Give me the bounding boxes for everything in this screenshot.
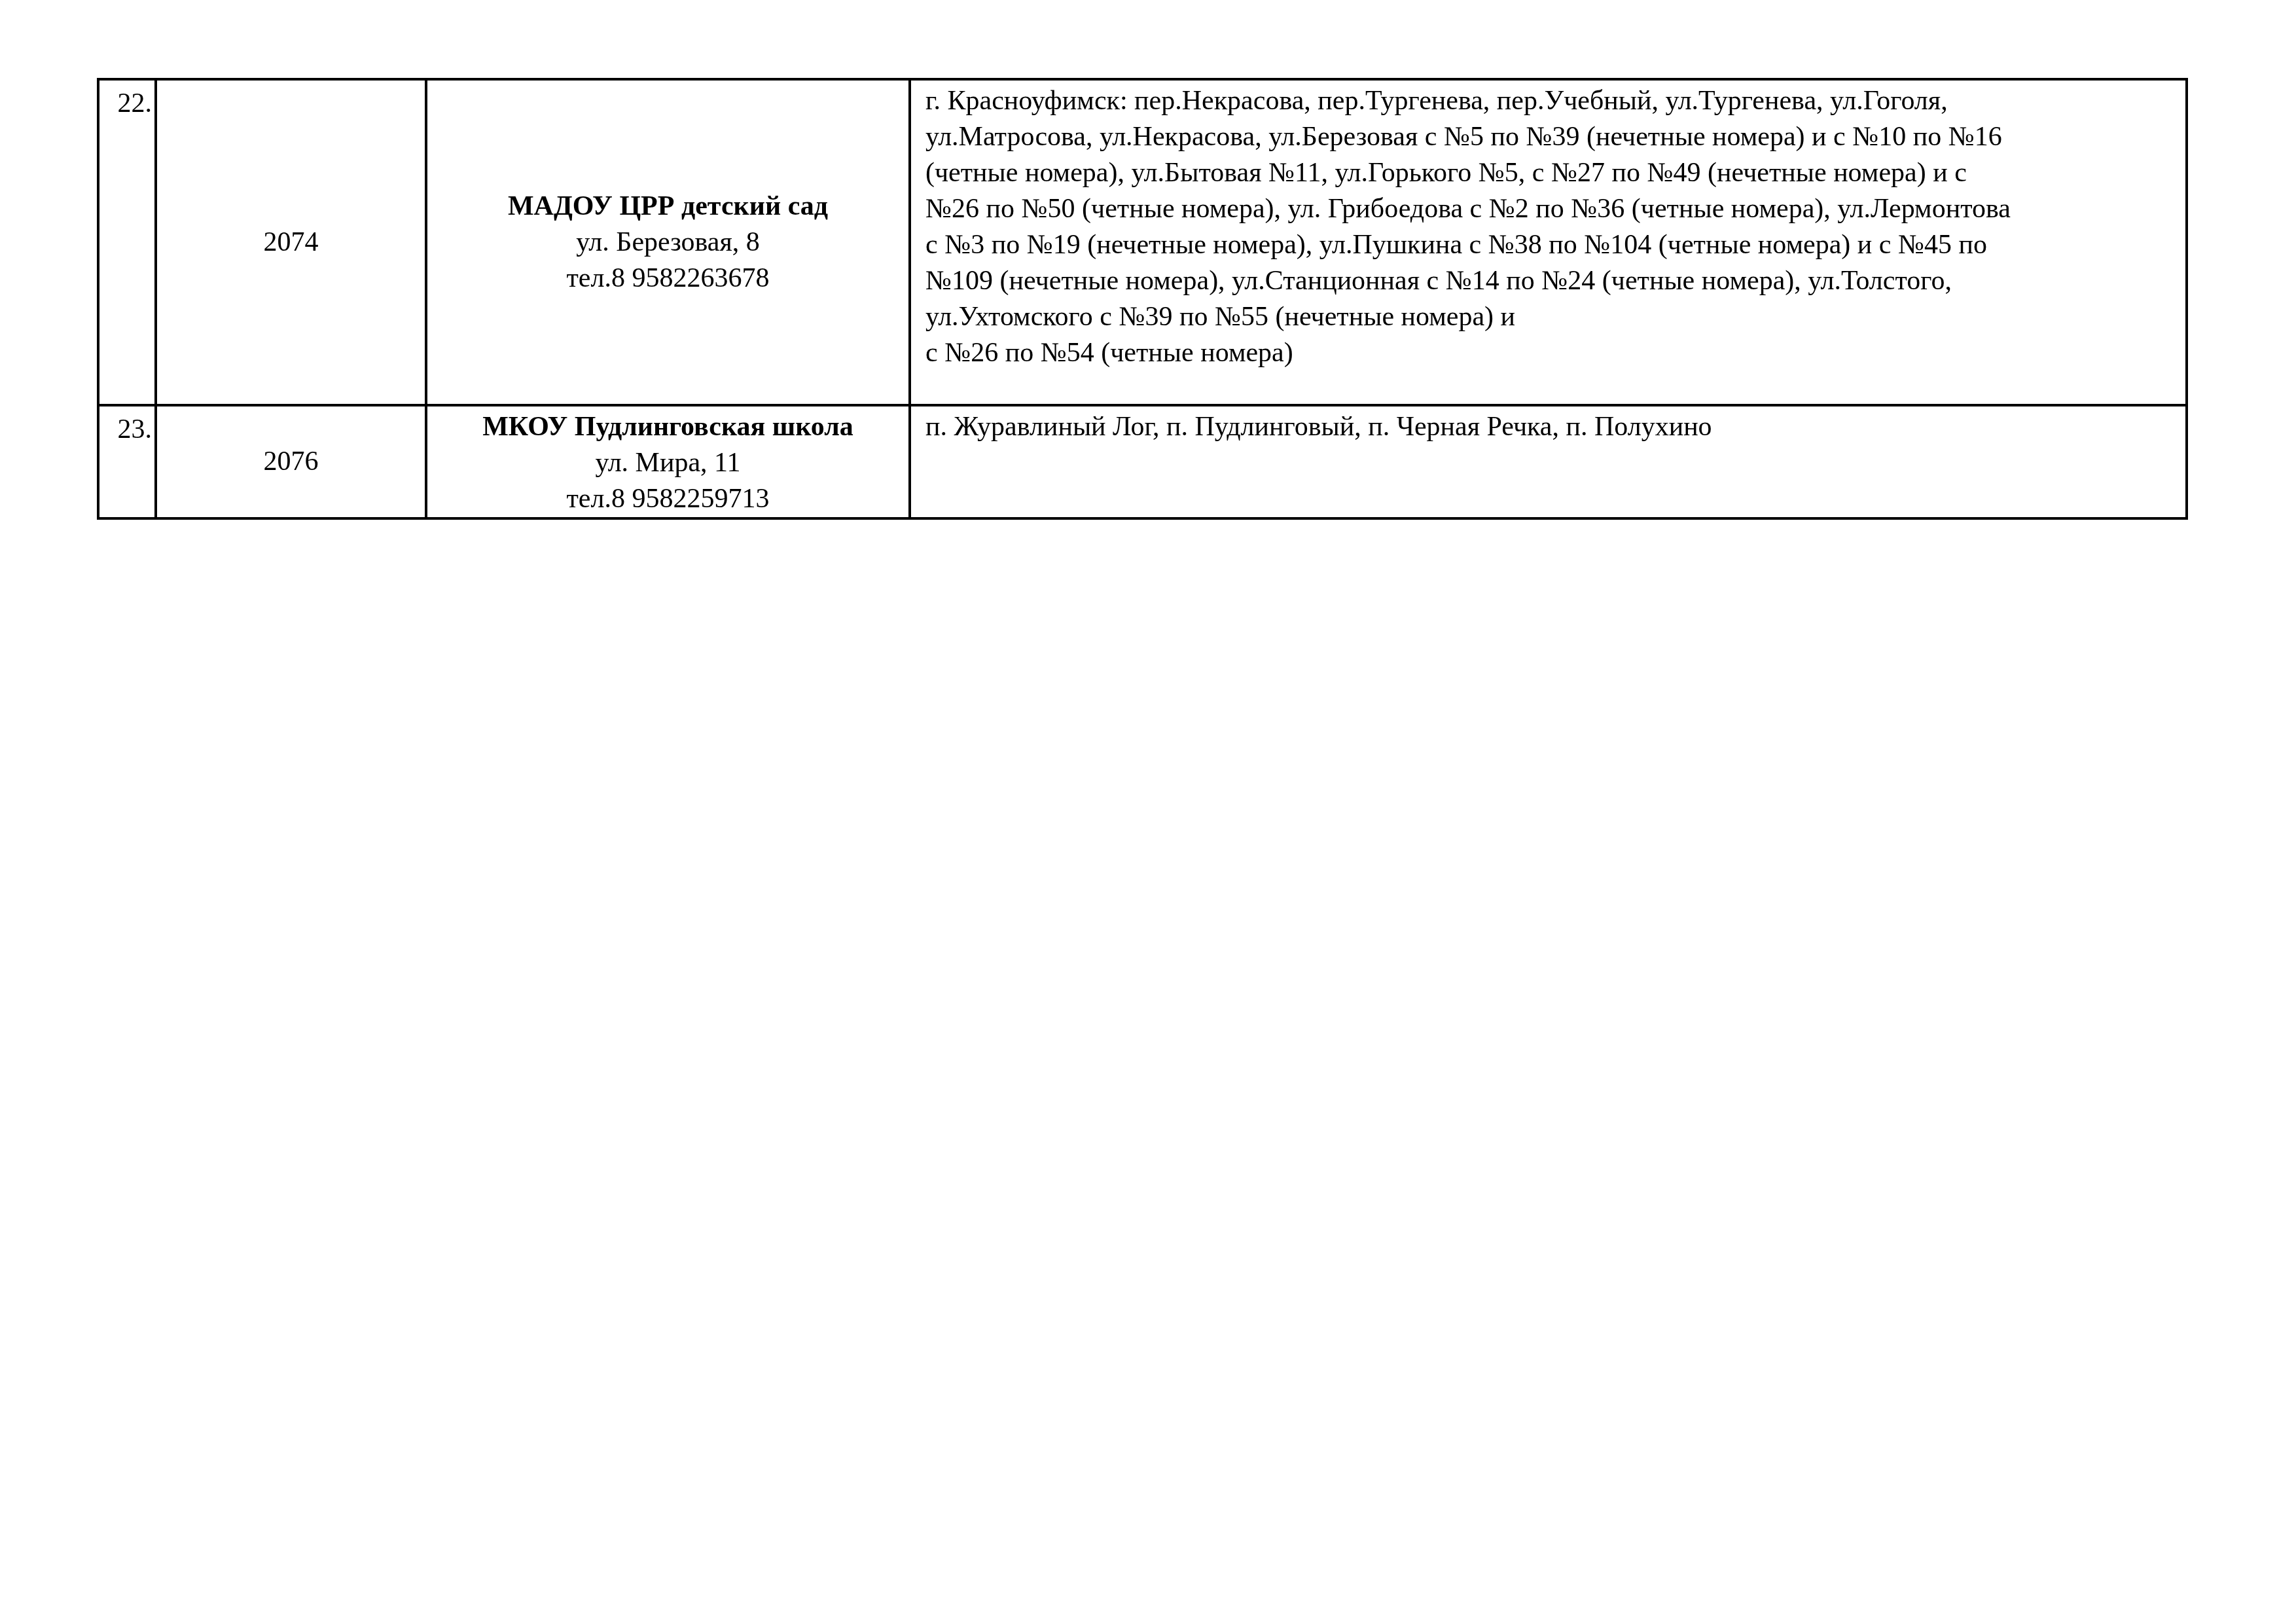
territory-line: ул.Ухтомского с №39 по №55 (нечетные ном… (925, 299, 2175, 335)
territory-line: №26 по №50 (четные номера), ул. Грибоедо… (925, 191, 2175, 227)
institution-name: МКОУ Пудлинговская школа (427, 409, 908, 445)
territory-line: №109 (нечетные номера), ул.Станционная с… (925, 263, 2175, 299)
institution-phone: тел.8 9582263678 (427, 261, 908, 297)
territory-cell: п. Журавлиный Лог, п. Пудлинговый, п. Че… (910, 405, 2187, 518)
territory-line: ул.Матросова, ул.Некрасова, ул.Березовая… (925, 119, 2175, 155)
school-districts-table: 22. 2074 МАДОУ ЦРР детский сад ул. Берез… (97, 78, 2188, 520)
institution-name: МАДОУ ЦРР детский сад (427, 189, 908, 225)
institution-cell: МАДОУ ЦРР детский сад ул. Березовая, 8 т… (426, 79, 910, 405)
territory-cell: г. Красноуфимск: пер.Некрасова, пер.Тург… (910, 79, 2187, 405)
table-row: 23. 2076 МКОУ Пудлинговская школа ул. Ми… (98, 405, 2187, 518)
territory-line: г. Красноуфимск: пер.Некрасова, пер.Тург… (925, 83, 2175, 119)
row-number: 23. (98, 405, 156, 518)
institution-code: 2074 (156, 79, 426, 405)
territory-line: п. Журавлиный Лог, п. Пудлинговый, п. Че… (925, 409, 2175, 445)
institution-address: ул. Березовая, 8 (427, 225, 908, 261)
institution-cell: МКОУ Пудлинговская школа ул. Мира, 11 те… (426, 405, 910, 518)
institution-code: 2076 (156, 405, 426, 518)
territory-line: (четные номера), ул.Бытовая №11, ул.Горь… (925, 155, 2175, 191)
institution-phone: тел.8 9582259713 (427, 481, 908, 517)
territory-line: с №3 по №19 (нечетные номера), ул.Пушкин… (925, 227, 2175, 263)
table-row: 22. 2074 МАДОУ ЦРР детский сад ул. Берез… (98, 79, 2187, 405)
institution-address: ул. Мира, 11 (427, 445, 908, 481)
row-number: 22. (98, 79, 156, 405)
territory-line: с №26 по №54 (четные номера) (925, 335, 2175, 371)
document-page: 22. 2074 МАДОУ ЦРР детский сад ул. Берез… (0, 0, 2296, 1624)
